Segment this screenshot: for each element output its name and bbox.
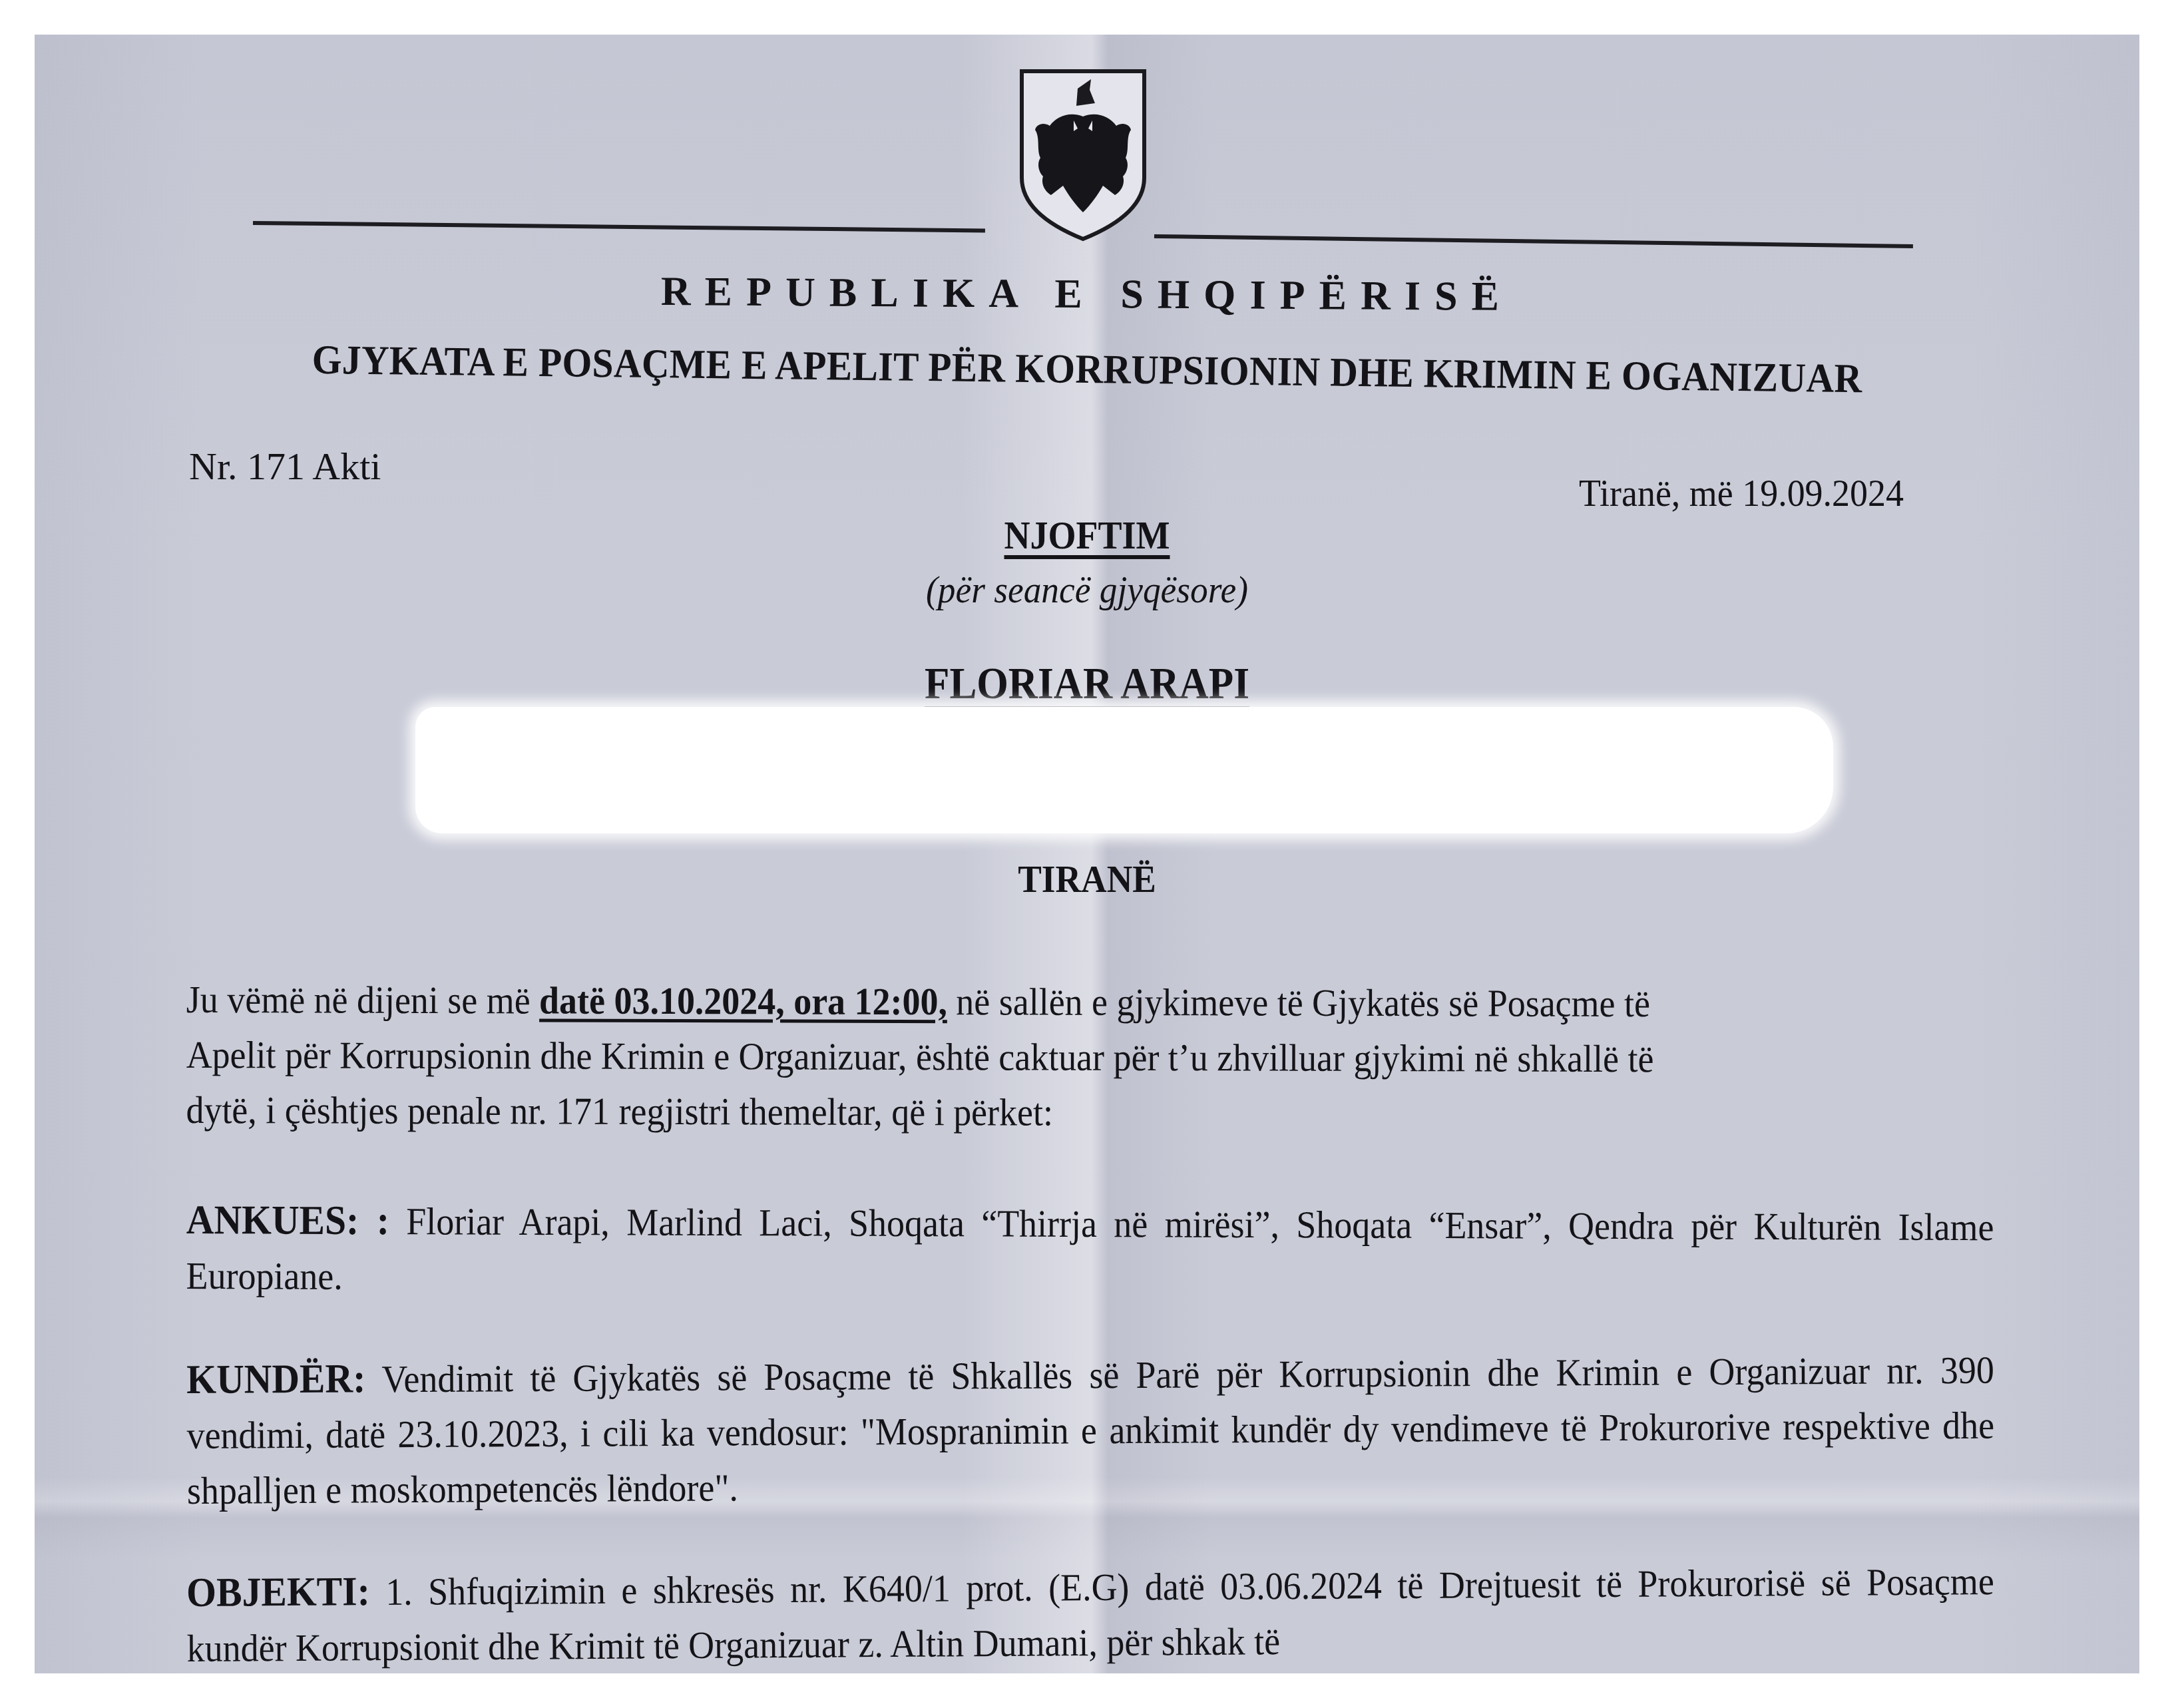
intro-paragraph: Ju vëmë në dijeni se më datë 03.10.2024,… (186, 972, 1994, 1143)
addressee-name-text: FLORIAR ARAPI (925, 658, 1249, 708)
document-photo: REPUBLIKA E SHQIPËRISË GJYKATA E POSAÇME… (35, 35, 2139, 1673)
act-number: Nr. 171 Akti (189, 444, 381, 489)
notice-subtitle: (për seancë gjyqësore) (118, 567, 2055, 612)
header-rule-left (253, 221, 985, 233)
appellant-paragraph: ANKUES: : Floriar Arapi, Marlind Laci, S… (186, 1193, 1994, 1310)
place-date: Tiranë, më 19.09.2024 (1579, 471, 1904, 515)
coat-of-arms-icon (1016, 65, 1150, 244)
intro-line2: Apelit për Korrupsionin dhe Krimin e Org… (186, 1027, 1994, 1088)
intro-lead: Ju vëmë në dijeni se më (186, 978, 539, 1022)
appellant-label: ANKUES: : (186, 1197, 389, 1243)
appellant-text: Floriar Arapi, Marlind Laci, Shoqata “Th… (186, 1199, 1994, 1298)
against-label: KUNDËR: (186, 1356, 365, 1402)
object-label: OBJEKTI: (186, 1569, 370, 1615)
hearing-datetime: datë 03.10.2024, ora 12:00, (539, 978, 947, 1023)
notice-title: NJOFTIM (140, 513, 2034, 558)
addressee-name: FLORIAR ARAPI (140, 657, 2034, 710)
address-redaction (415, 707, 1833, 833)
header-rule-right (1154, 234, 1913, 248)
intro-line3: dytë, i çështjes penale nr. 171 regjistr… (186, 1082, 1994, 1143)
against-paragraph: KUNDËR: Vendimit të Gjykatës së Posaçme … (186, 1343, 1995, 1518)
object-paragraph: OBJEKTI: 1. Shfuqizimin e shkresës nr. K… (186, 1554, 1994, 1673)
addressee-city: TIRANË (118, 857, 2055, 901)
intro-line1-rest: në sallën e gjykimeve të Gjykatës së Pos… (947, 980, 1650, 1025)
against-text: Vendimit të Gjykatës së Posaçme të Shkal… (186, 1349, 1994, 1512)
notice-title-text: NJOFTIM (1004, 513, 1170, 557)
court-heading: GJYKATA E POSAÇME E APELIT PËR KORRUPSIO… (108, 334, 2065, 405)
republic-heading: REPUBLIKA E SHQIPËRISË (35, 264, 2139, 324)
object-text: 1. Shfuqizimin e shkresës nr. K640/1 pro… (187, 1560, 1994, 1670)
